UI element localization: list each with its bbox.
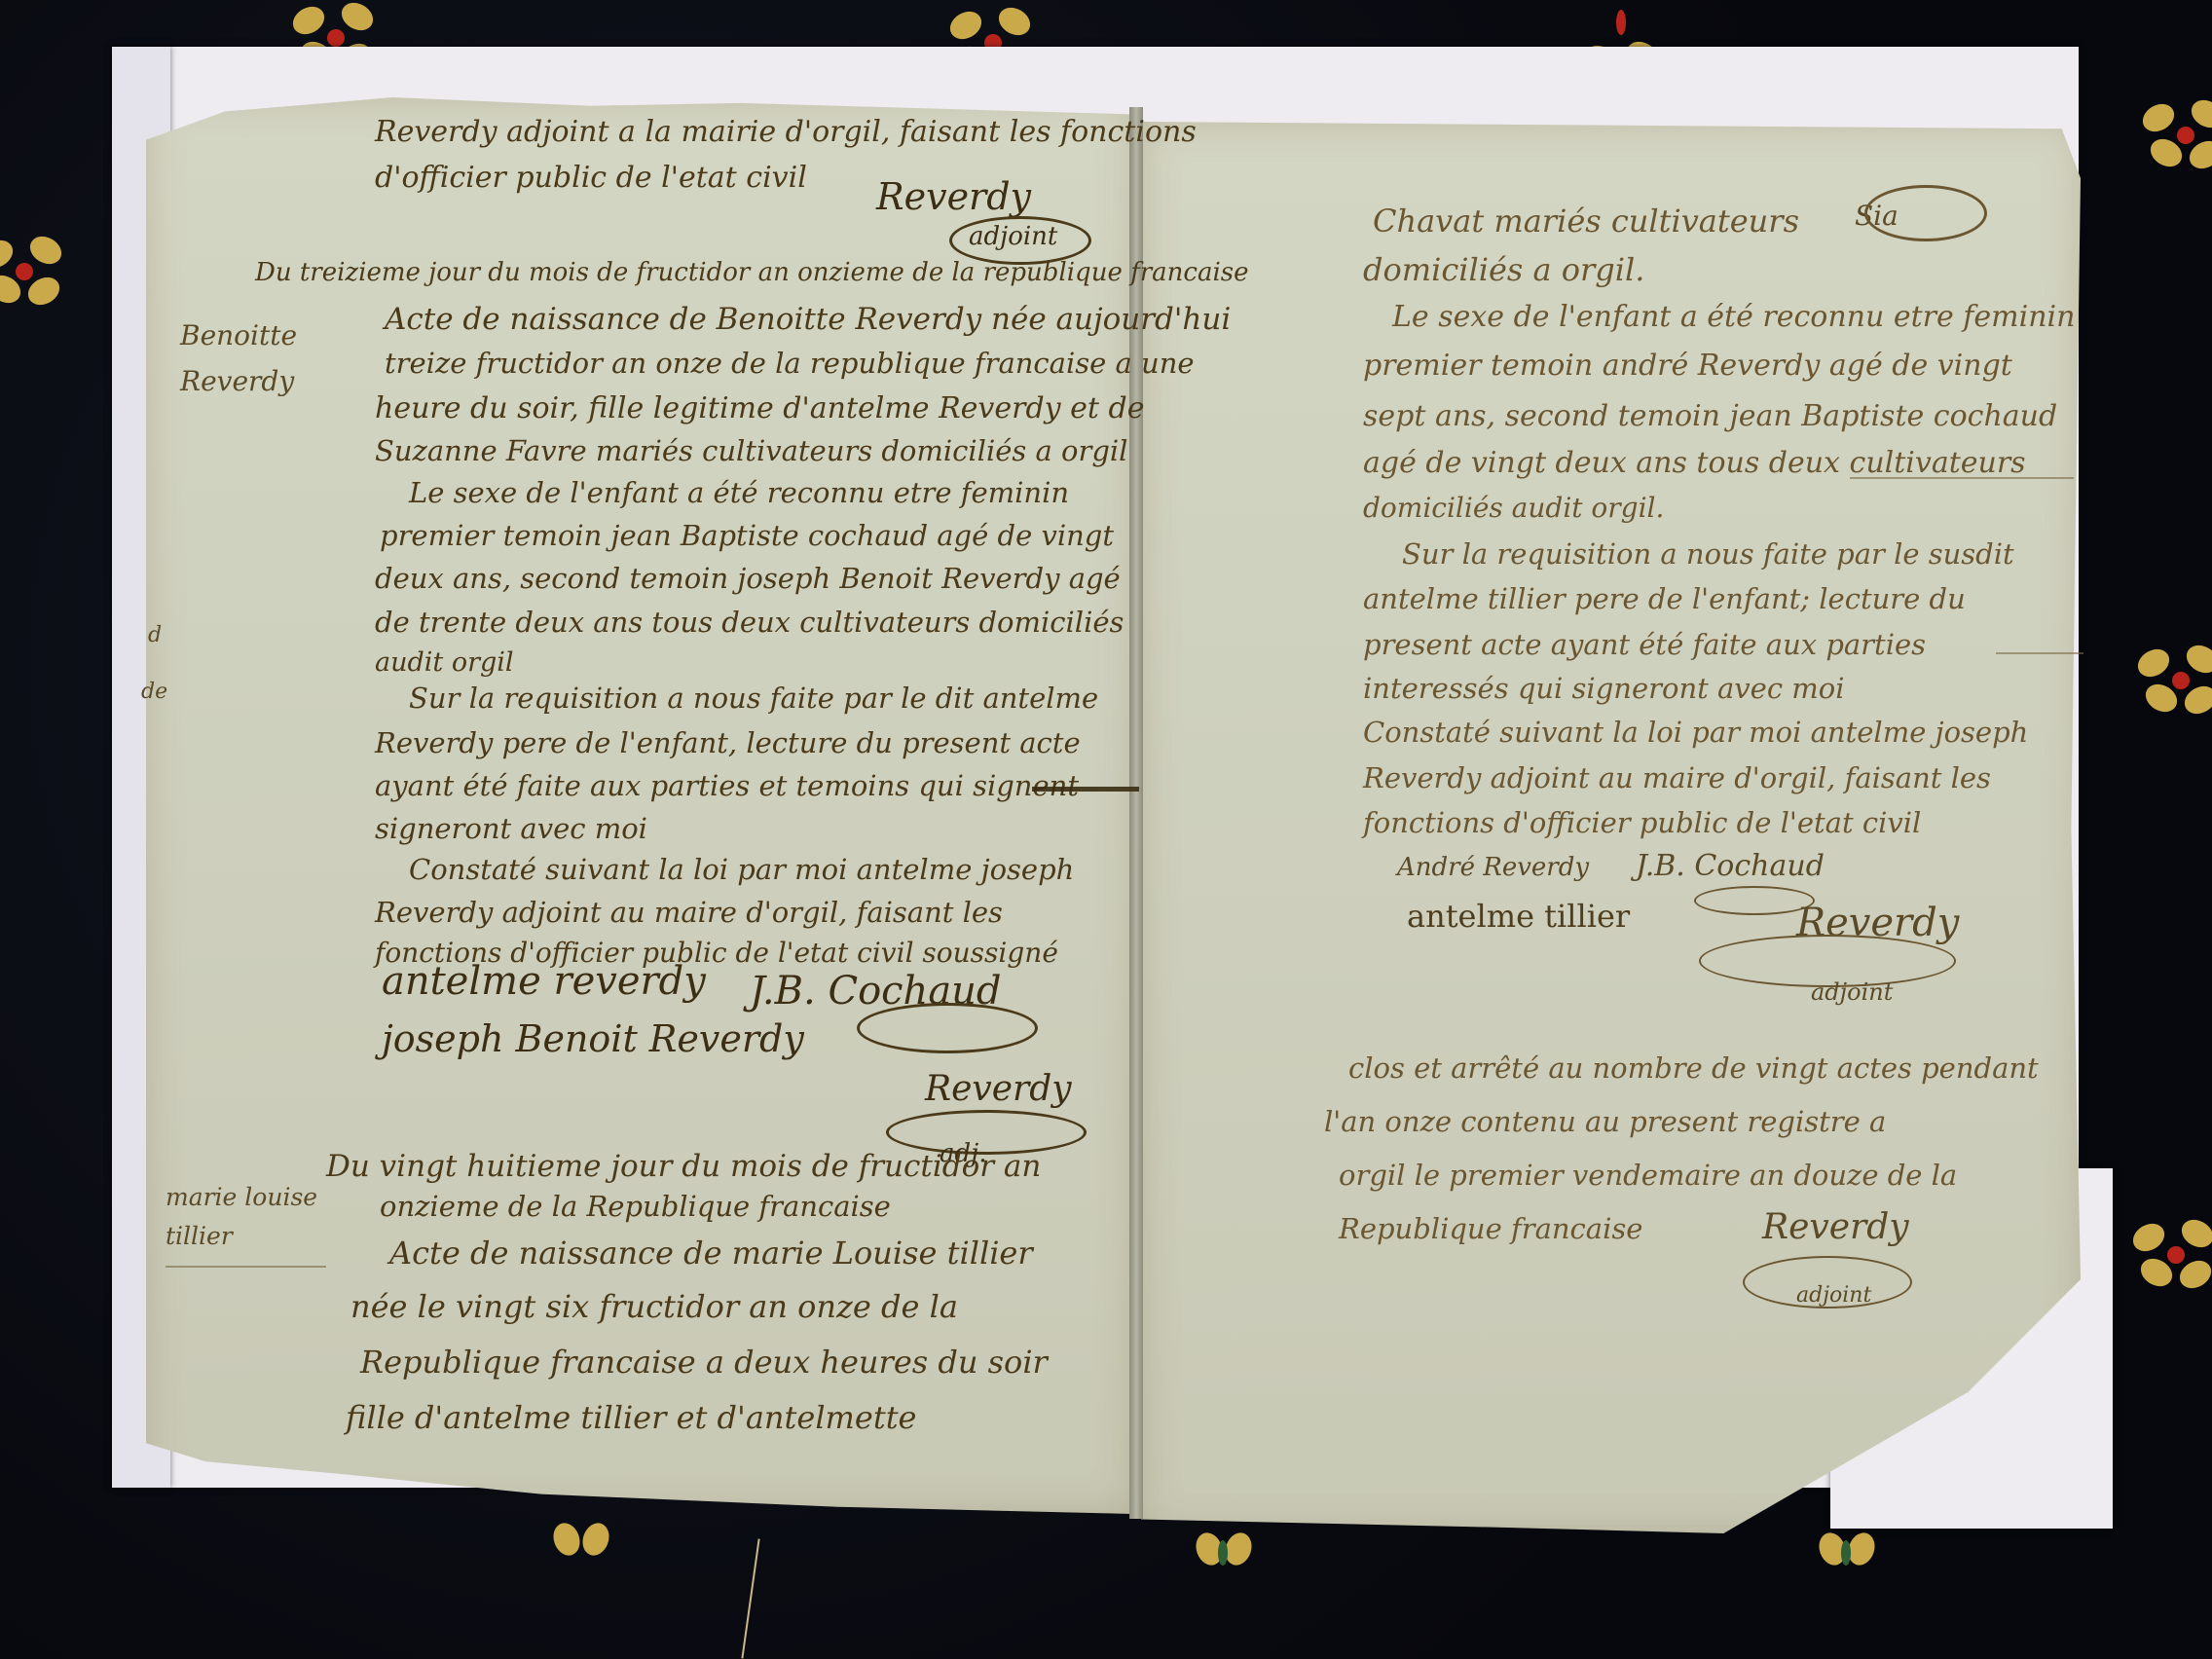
text-line: Du vingt huitieme jour du mois de fructi… <box>326 1149 1041 1184</box>
cloth-flower-decoration <box>2132 1217 2212 1295</box>
text-line: Republique francaise a deux heures du so… <box>360 1344 1048 1381</box>
text-line: Sur la requisition a nous faite par le s… <box>1402 537 2014 571</box>
text-line: ayant été faite aux parties et temoins q… <box>375 769 1079 802</box>
text-line: Reverdy pere de l'enfant, lecture du pre… <box>375 726 1081 759</box>
text-line: signeront avec moi <box>375 812 647 845</box>
text-line: Le sexe de l'enfant a été reconnu etre f… <box>409 476 1069 509</box>
text-line: agé de vingt deux ans tous deux cultivat… <box>1363 446 2026 480</box>
text-line: premier temoin andré Reverdy agé de ving… <box>1363 349 2012 383</box>
text-line: treize fructidor an onze de la republiqu… <box>385 347 1195 380</box>
cloth-flower-decoration <box>2137 643 2212 720</box>
text-line: l'an onze contenu au present registre a <box>1324 1105 1886 1138</box>
margin-note-name: marie louise <box>166 1183 317 1211</box>
signature-antelme-tillier: antelme tillier <box>1407 898 1630 935</box>
cloth-flower-decoration <box>0 234 68 312</box>
text-line: de trente deux ans tous deux cultivateur… <box>375 606 1124 639</box>
cloth-flower-decoration <box>540 1519 628 1597</box>
strikethrough <box>1032 787 1139 792</box>
text-line: present acte ayant été faite aux parties <box>1363 628 1926 661</box>
text-line: Acte de naissance de marie Louise tillie… <box>389 1235 1033 1272</box>
signature-andre-reverdy: André Reverdy <box>1397 853 1589 882</box>
text-line: Sur la requisition a nous faite par le d… <box>409 682 1098 715</box>
text-line: fille d'antelme tillier et d'antelmette <box>346 1399 916 1436</box>
cloth-flower-decoration <box>1806 1529 1894 1606</box>
margin-note-name: Benoitte <box>180 319 297 351</box>
text-line: clos et arrêté au nombre de vingt actes … <box>1348 1051 2039 1085</box>
text-line: orgil le premier vendemaire an douze de … <box>1339 1159 1957 1192</box>
signature-reverdy: Reverdy <box>925 1069 1072 1109</box>
text-line: domiciliés a orgil. <box>1363 251 1644 288</box>
margin-note-name: Reverdy <box>180 365 294 397</box>
signature-jb-cochaud: J.B. Cochaud <box>1636 849 1825 883</box>
margin-note-mark: d <box>148 623 162 647</box>
cloth-flower-decoration <box>1183 1529 1271 1606</box>
text-line: antelme tillier pere de l'enfant; lectur… <box>1363 582 1966 615</box>
text-line: Chavat mariés cultivateurs <box>1373 203 1799 240</box>
text-line: Reverdy adjoint a la mairie d'orgil, fai… <box>375 115 1197 149</box>
text-line: Acte de naissance de Benoitte Reverdy né… <box>385 302 1231 337</box>
margin-rule <box>166 1266 326 1268</box>
paraph-flourish <box>1864 185 1987 241</box>
text-line: sept ans, second temoin jean Baptiste co… <box>1363 399 2057 433</box>
text-line: née le vingt six fructidor an onze de la <box>350 1288 958 1325</box>
signature-title-adjoint: adjoint <box>1811 978 1893 1006</box>
signature-joseph-benoit-reverdy: joseph Benoit Reverdy <box>382 1017 804 1060</box>
text-line: Constaté suivant la loi par moi antelme … <box>1363 716 2028 749</box>
text-line: onzieme de la Republique francaise <box>380 1190 891 1223</box>
cloth-flower-decoration <box>2142 97 2212 175</box>
text-line: heure du soir, fille legitime d'antelme … <box>375 391 1144 425</box>
signature-reverdy: Reverdy <box>876 175 1031 218</box>
text-line: Reverdy adjoint au maire d'orgil, faisan… <box>1363 761 1991 794</box>
text-line: Constaté suivant la loi par moi antelme … <box>409 853 1074 886</box>
margin-note-mark: de <box>141 680 167 704</box>
paraph-flourish <box>857 1003 1038 1053</box>
text-line: deux ans, second temoin joseph Benoit Re… <box>375 562 1121 595</box>
text-line: premier temoin jean Baptiste cochaud agé… <box>380 519 1114 552</box>
line-filler-stroke <box>1850 477 2074 479</box>
text-line: interessés qui signeront avec moi <box>1363 672 1845 705</box>
text-line: fonctions d'officier public de l'etat ci… <box>1363 806 1921 839</box>
text-line: Du treizieme jour du mois de fructidor a… <box>255 258 1249 287</box>
text-line: Suzanne Favre mariés cultivateurs domici… <box>375 434 1127 467</box>
text-line: domiciliés audit orgil. <box>1363 492 1664 524</box>
text-line: Republique francaise <box>1339 1212 1642 1245</box>
line-filler-stroke <box>1996 652 2083 654</box>
signature-antelme-reverdy: antelme reverdy <box>382 959 706 1004</box>
signature-title-adjoint: adjoint <box>1796 1283 1871 1308</box>
text-line: d'officier public de l'etat civil <box>375 161 807 195</box>
signature-reverdy: Reverdy <box>1762 1207 1909 1247</box>
text-line: Le sexe de l'enfant a été reconnu etre f… <box>1392 300 2075 334</box>
text-line: Reverdy adjoint au maire d'orgil, faisan… <box>375 896 1003 929</box>
margin-note-name: tillier <box>166 1222 233 1250</box>
text-line: audit orgil <box>375 647 514 678</box>
